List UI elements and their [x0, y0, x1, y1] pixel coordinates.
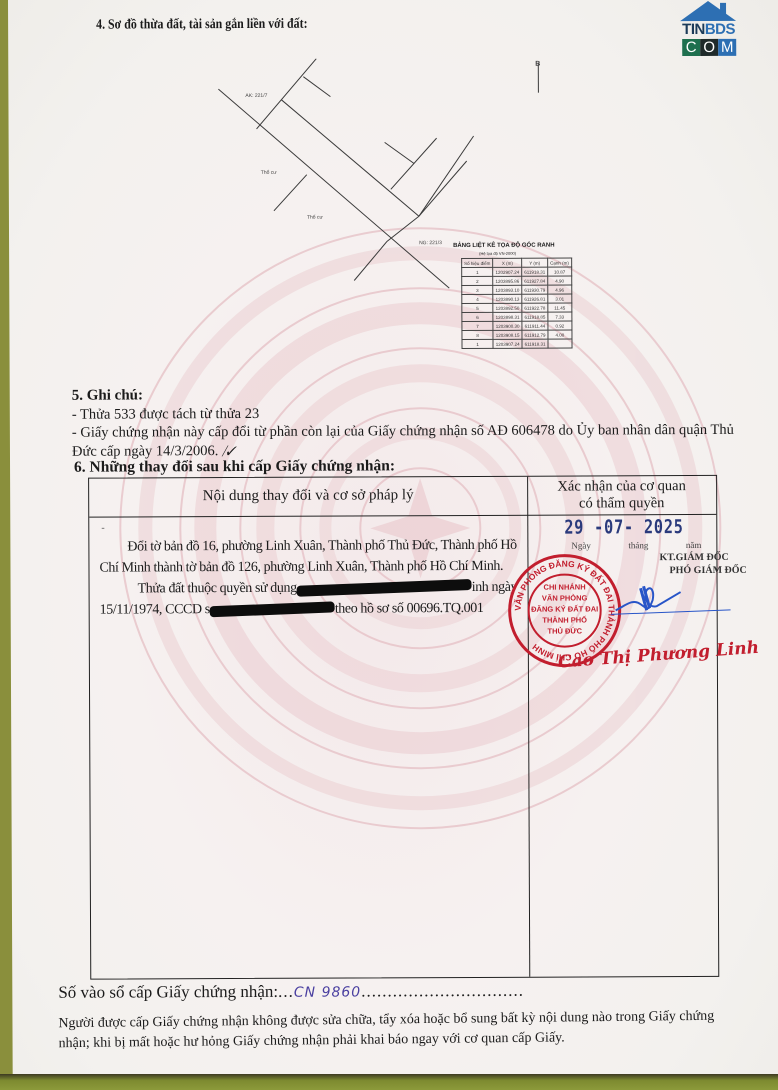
- house-roof-icon: [680, 1, 736, 21]
- coord-row: 71203900.30611911.440.92: [462, 321, 572, 330]
- coord-table-subtitle: (Hệ tọa độ VN-2000): [479, 251, 516, 256]
- coord-row: 51203892.50611922.7811.45: [462, 303, 572, 312]
- tinbds-logo: TINBDS C O M: [678, 1, 742, 59]
- svg-text:Thổ cư: Thổ cư: [307, 214, 324, 221]
- coord-cell: 611918.85: [522, 312, 548, 321]
- role-line-2: PHÓ GIÁM ĐỐC: [669, 565, 746, 576]
- coord-row: 31203893.10611930.794.96: [462, 285, 572, 294]
- coord-row: 11202907.24611918.3110.87: [462, 267, 572, 276]
- coord-cell: 611926.81: [522, 294, 548, 303]
- coord-cell: 4.96: [548, 285, 572, 294]
- coord-row: 21203895.86611927.844.90: [462, 276, 572, 285]
- svg-text:AK: 221/7: AK: 221/7: [245, 93, 267, 99]
- coord-cell: 1202907.24: [493, 267, 522, 276]
- coord-header: Y (m): [522, 258, 548, 267]
- date-labels: Ngày tháng năm: [571, 540, 701, 551]
- coord-header: Cạnh (m): [548, 258, 572, 267]
- registration-value: CN 9860: [294, 984, 361, 1000]
- logo-o: O: [700, 39, 718, 56]
- section-4-title: 4. Sơ đồ thừa đất, tài sản gắn liền với …: [96, 17, 307, 34]
- logo-m: M: [718, 39, 736, 56]
- footer-warning: Người được cấp Giấy chứng nhận không đượ…: [58, 1006, 748, 1054]
- coord-cell: 611911.44: [522, 321, 548, 330]
- registration-number: Số vào sổ cấp Giấy chứng nhận:...CN 9860…: [58, 981, 524, 1003]
- svg-text:B: B: [535, 61, 540, 68]
- svg-text:Thổ cư: Thổ cư: [261, 169, 278, 176]
- owner-text: Thửa đất thuộc quyền sử dụng: [138, 581, 297, 597]
- coord-cell: 611912.79: [522, 330, 548, 339]
- background-surface: [0, 1074, 778, 1090]
- chimney-icon: [720, 3, 726, 15]
- svg-text:THỦ ĐỨC: THỦ ĐỨC: [547, 626, 582, 635]
- date-stamp: 29 -07- 2025: [564, 516, 684, 539]
- coord-cell: 1203895.86: [493, 276, 522, 285]
- change-entry-id: 15/11/1974, CCCD stheo hồ sơ số 00696.TQ…: [100, 598, 525, 621]
- coord-header: X (m): [493, 258, 522, 267]
- coord-cell: 1203908.15: [493, 330, 522, 339]
- coord-cell: 3.01: [548, 294, 572, 303]
- coord-cell: 1: [462, 339, 493, 348]
- coord-cell: 611918.31: [522, 339, 548, 348]
- coord-cell: 611930.79: [522, 285, 548, 294]
- coord-cell: 7.33: [548, 312, 572, 321]
- coord-cell: 611918.31: [522, 267, 548, 276]
- row-marker: -: [101, 523, 104, 534]
- coord-cell: 1203898.31: [493, 312, 522, 321]
- changes-table: Nội dung thay đổi và cơ sở pháp lý Xác n…: [88, 475, 719, 980]
- coordinate-table: Số hiệu điểm X (m) Y (m) Cạnh (m) 112029…: [461, 258, 572, 349]
- coord-cell: 1203900.30: [493, 321, 522, 330]
- coord-cell: 1203890.13: [493, 294, 522, 303]
- date-label-day: Ngày: [571, 540, 591, 550]
- coord-cell: 4.00: [548, 330, 572, 339]
- coord-row: 11203907.24611918.31: [462, 339, 572, 348]
- section-5-notes: 5. Ghi chú: - Thửa 533 được tách từ thửa…: [72, 384, 752, 461]
- coord-row: 41203890.13611926.813.01: [462, 294, 572, 303]
- coord-cell: 1203893.10: [493, 285, 522, 294]
- coord-cell: 8: [462, 330, 493, 339]
- svg-text:ĐĂNG KÝ ĐẤT ĐAI: ĐĂNG KÝ ĐẤT ĐAI: [531, 603, 598, 613]
- coord-cell: 1203892.50: [493, 303, 522, 312]
- change-entry: Đổi tờ bản đồ 16, phường Linh Xuân, Thàn…: [99, 535, 524, 621]
- coord-cell: 0.92: [548, 321, 572, 330]
- logo-c: C: [682, 39, 700, 56]
- coord-cell: 6: [462, 312, 493, 321]
- dots: ...: [278, 982, 294, 1001]
- logo-text-top: TINBDS: [682, 22, 735, 37]
- coord-cell: 11.45: [548, 303, 572, 312]
- confirmation-header-line: có thẩm quyền: [527, 495, 716, 513]
- signature-icon: [611, 580, 731, 621]
- redaction-mark: [210, 602, 335, 618]
- coord-cell: 3: [462, 285, 493, 294]
- note-text: - Giấy chứng nhận này cấp đổi từ phần cò…: [72, 422, 734, 459]
- id-text: 15/11/1974, CCCD s: [100, 602, 210, 617]
- confirmation-header: Xác nhận của cơ quan có thẩm quyền: [527, 478, 716, 513]
- section-6-title: 6. Những thay đổi sau khi cấp Giấy chứng…: [74, 457, 395, 476]
- registration-label: Số vào sổ cấp Giấy chứng nhận:: [58, 982, 278, 1002]
- coord-row: 81203908.15611912.794.00: [462, 330, 572, 339]
- date-label-year: năm: [686, 540, 702, 550]
- svg-text:THÀNH PHỐ: THÀNH PHỐ: [542, 614, 587, 624]
- change-entry-owner: Thửa đất thuộc quyền sử dụnginh ngày: [100, 577, 525, 600]
- coord-cell: 611927.84: [522, 276, 548, 285]
- coord-cell: [548, 339, 572, 348]
- coord-table-title: BẢNG LIỆT KÊ TỌA ĐỘ GÓC RANH: [453, 243, 554, 249]
- role-line-1: KT.GIÁM ĐỐC: [659, 552, 728, 563]
- redaction-mark: [297, 579, 472, 597]
- coord-cell: 4: [462, 294, 493, 303]
- coord-header: Số hiệu điểm: [462, 258, 493, 267]
- svg-text:CHI NHÁNH: CHI NHÁNH: [544, 582, 586, 591]
- coord-cell: 10.87: [548, 267, 572, 276]
- note-line: - Giấy chứng nhận này cấp đổi từ phần cò…: [72, 421, 752, 461]
- coord-cell: 611922.78: [522, 303, 548, 312]
- confirmation-header-line: Xác nhận của cơ quan: [527, 478, 716, 496]
- changes-content-header: Nội dung thay đổi và cơ sở pháp lý: [89, 487, 527, 506]
- change-entry-map-sheet: Đổi tờ bản đồ 16, phường Linh Xuân, Thàn…: [99, 535, 524, 579]
- id-text: theo hồ sơ số 00696.TQ.001: [335, 601, 484, 617]
- coord-cell: 1203907.24: [493, 339, 522, 348]
- svg-text:VĂN PHÒNG: VĂN PHÒNG: [542, 593, 588, 602]
- certificate-page: 4. Sơ đồ thừa đất, tài sản gắn liền với …: [8, 0, 778, 1078]
- coord-cell: 5: [462, 303, 493, 312]
- date-label-month: tháng: [628, 540, 648, 550]
- coord-row: 61203898.31611918.857.33: [462, 312, 572, 321]
- logo-text-bottom: C O M: [682, 39, 736, 56]
- coord-cell: 1: [462, 267, 493, 276]
- dots: ...............................: [361, 981, 524, 1001]
- logo-bds: BDS: [705, 21, 735, 38]
- initials-mark: ⧸✓: [222, 444, 235, 458]
- coord-cell: 7: [462, 321, 493, 330]
- coord-cell: 2: [462, 276, 493, 285]
- svg-text:NG: 221/3: NG: 221/3: [419, 240, 442, 246]
- logo-tin: TIN: [682, 21, 705, 38]
- coord-cell: 4.90: [548, 276, 572, 285]
